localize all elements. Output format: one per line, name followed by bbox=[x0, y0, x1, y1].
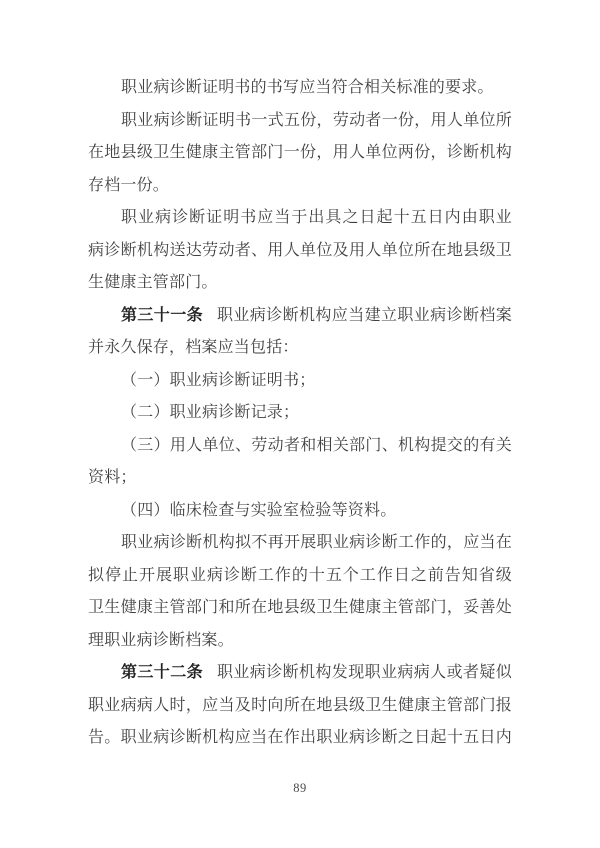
doc-line-article-31: 第三十一条职业病诊断机构应当建立职业病诊断档案 bbox=[88, 300, 512, 333]
doc-line: 资料； bbox=[88, 462, 512, 495]
doc-line: 并永久保存，档案应当包括： bbox=[88, 332, 512, 365]
doc-line: （三）用人单位、劳动者和相关部门、机构提交的有关 bbox=[88, 430, 512, 463]
doc-line: 卫生健康主管部门和所在地县级卫生健康主管部门，妥善处 bbox=[88, 592, 512, 625]
doc-line: 职业病诊断机构拟不再开展职业病诊断工作的，应当在 bbox=[88, 527, 512, 560]
document-text-block: 职业病诊断证明书的书写应当符合相关标准的要求。 职业病诊断证明书一式五份，劳动者… bbox=[88, 72, 512, 755]
article-number: 第三十二条 bbox=[121, 664, 203, 681]
doc-line: 理职业病诊断档案。 bbox=[88, 625, 512, 658]
page-number: 89 bbox=[0, 781, 600, 796]
doc-line: 职业病病人时，应当及时向所在地县级卫生健康主管部门报 bbox=[88, 690, 512, 723]
doc-line: 拟停止开展职业病诊断工作的十五个工作日之前告知省级 bbox=[88, 560, 512, 593]
doc-line: 在地县级卫生健康主管部门一份，用人单位两份，诊断机构 bbox=[88, 137, 512, 170]
doc-line: 病诊断机构送达劳动者、用人单位及用人单位所在地县级卫 bbox=[88, 235, 512, 268]
doc-line: 存档一份。 bbox=[88, 170, 512, 203]
doc-line: 告。职业病诊断机构应当在作出职业病诊断之日起十五日内 bbox=[88, 722, 512, 755]
doc-line: （四）临床检查与实验室检验等资料。 bbox=[88, 495, 512, 528]
article-number: 第三十一条 bbox=[121, 307, 203, 324]
document-page: { "document": { "background_color": "#ff… bbox=[0, 0, 600, 848]
doc-line: （二）职业病诊断记录； bbox=[88, 397, 512, 430]
line-text: 职业病诊断机构应当建立职业病诊断档案 bbox=[217, 307, 512, 324]
line-text: 职业病诊断机构发现职业病病人或者疑似 bbox=[217, 664, 512, 681]
doc-line: 生健康主管部门。 bbox=[88, 267, 512, 300]
doc-line-article-32: 第三十二条职业病诊断机构发现职业病病人或者疑似 bbox=[88, 657, 512, 690]
doc-line: 职业病诊断证明书的书写应当符合相关标准的要求。 bbox=[88, 72, 512, 105]
doc-line: 职业病诊断证明书应当于出具之日起十五日内由职业 bbox=[88, 202, 512, 235]
doc-line: 职业病诊断证明书一式五份，劳动者一份，用人单位所 bbox=[88, 105, 512, 138]
doc-line: （一）职业病诊断证明书； bbox=[88, 365, 512, 398]
